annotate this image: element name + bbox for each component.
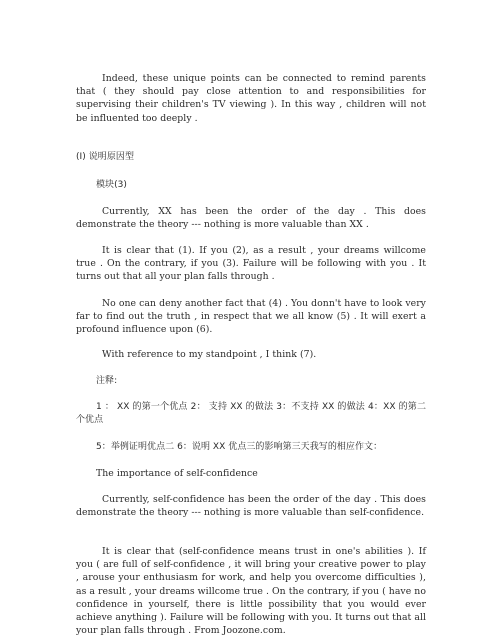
notes-heading: 注释: (76, 375, 426, 388)
document-page: Indeed, these unique points can be conne… (76, 0, 426, 640)
section-heading-cause-type: (I) 说明原因型 (76, 151, 426, 164)
template-paragraph-intro: Currently, XX has been the order of the … (76, 205, 426, 231)
paragraph-parent-reminder: Indeed, these unique points can be conne… (76, 72, 426, 125)
essay-title: The importance of self-confidence (76, 467, 426, 480)
essay-paragraph-body: It is clear that (self-confidence means … (76, 545, 426, 637)
notes-list-1: 1 ： XX 的第一个优点 2： 支持 XX 的做法 3：不支持 XX 的做法 … (76, 401, 426, 427)
module-label: 模块(3) (76, 179, 426, 192)
template-paragraph-body-1: It is clear that (1). If you (2), as a r… (76, 244, 426, 284)
template-paragraph-conclusion: With reference to my standpoint , I thin… (76, 348, 426, 361)
notes-list-2: 5：举例证明优点二 6：说明 XX 优点三的影响第三天我写的相应作文： (76, 441, 426, 454)
essay-paragraph-intro: Currently, self-confidence has been the … (76, 493, 426, 519)
template-paragraph-body-2: No one can deny another fact that (4) . … (76, 297, 426, 337)
